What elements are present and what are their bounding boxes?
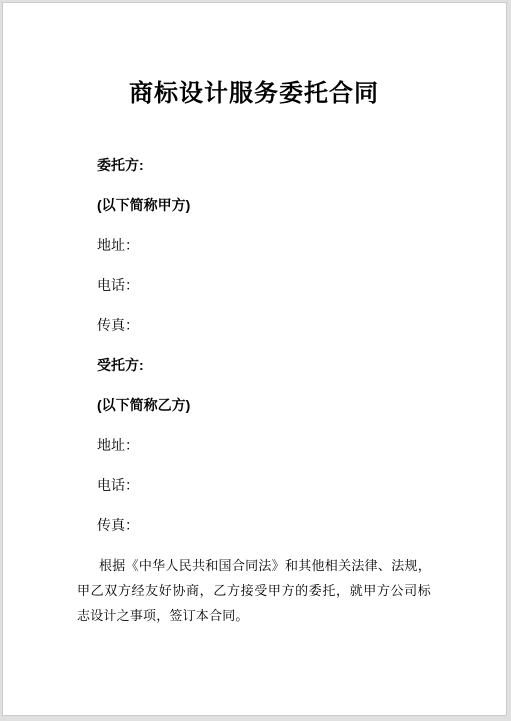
- party-a-alias: (以下简称甲方): [77, 193, 431, 218]
- party-b-fax-label: 传真：: [77, 513, 431, 538]
- party-b-phone-label: 电话：: [77, 473, 431, 498]
- party-a-address-label: 地址：: [77, 233, 431, 258]
- party-b-alias: (以下简称乙方): [77, 393, 431, 418]
- party-a-fax-label: 传真：: [77, 313, 431, 338]
- party-a-role-label: 委托方:: [77, 153, 431, 178]
- document-title: 商标设计服务委托合同: [77, 79, 431, 109]
- party-b-address-label: 地址：: [77, 433, 431, 458]
- party-a-phone-label: 电话：: [77, 273, 431, 298]
- party-b-role-label: 受托方:: [77, 353, 431, 378]
- contract-page: 商标设计服务委托合同 委托方: (以下简称甲方) 地址： 电话： 传真： 受托方…: [2, 2, 507, 716]
- preamble-paragraph: 根据《中华人民共和国合同法》和其他相关法律、法规，甲乙双方经友好协商，乙方接受甲…: [77, 553, 431, 628]
